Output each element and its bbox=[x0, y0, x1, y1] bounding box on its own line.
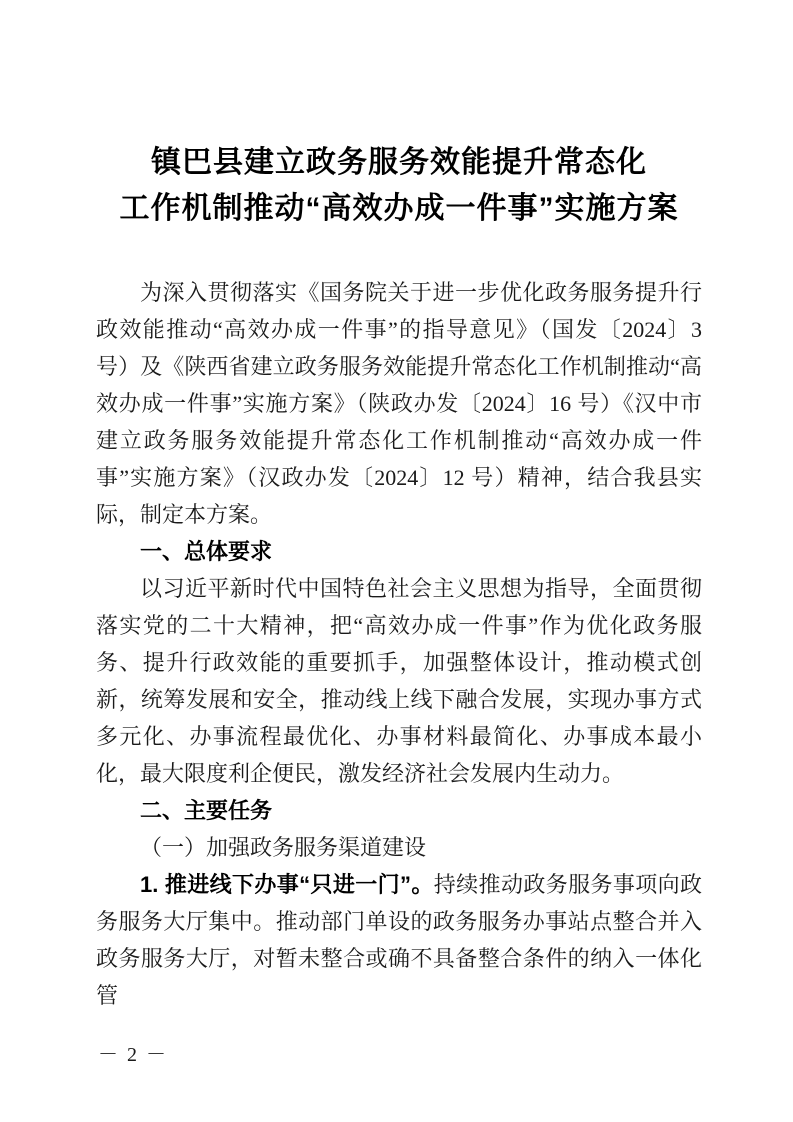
section2-item1-lead: 1. 推进线下办事“只进一门”。 bbox=[140, 872, 434, 897]
section1-paragraph: 以习近平新时代中国特色社会主义思想为指导，全面贯彻落实党的二十大精神，把“高效办… bbox=[96, 570, 702, 792]
page-number: － 2 － bbox=[98, 1038, 168, 1067]
section2-item1: 1. 推进线下办事“只进一门”。持续推动政务服务事项向政务服务大厅集中。推动部门… bbox=[96, 866, 702, 1014]
document-title: 镇巴县建立政务服务效能提升常态化 工作机制推动“高效办成一件事”实施方案 bbox=[96, 140, 702, 232]
section2-subheading1: （一）加强政务服务渠道建设 bbox=[96, 829, 702, 866]
document-title-line2: 工作机制推动“高效办成一件事”实施方案 bbox=[96, 186, 702, 232]
section1-heading: 一、总体要求 bbox=[96, 533, 702, 570]
section2-heading: 二、主要任务 bbox=[96, 792, 702, 829]
document-title-line1: 镇巴县建立政务服务效能提升常态化 bbox=[96, 140, 702, 186]
intro-paragraph: 为深入贯彻落实《国务院关于进一步优化政务服务提升行政效能推动“高效办成一件事”的… bbox=[96, 274, 702, 533]
document-content: 镇巴县建立政务服务效能提升常态化 工作机制推动“高效办成一件事”实施方案 为深入… bbox=[96, 140, 702, 1014]
document-page: 镇巴县建立政务服务效能提升常态化 工作机制推动“高效办成一件事”实施方案 为深入… bbox=[0, 0, 793, 1122]
